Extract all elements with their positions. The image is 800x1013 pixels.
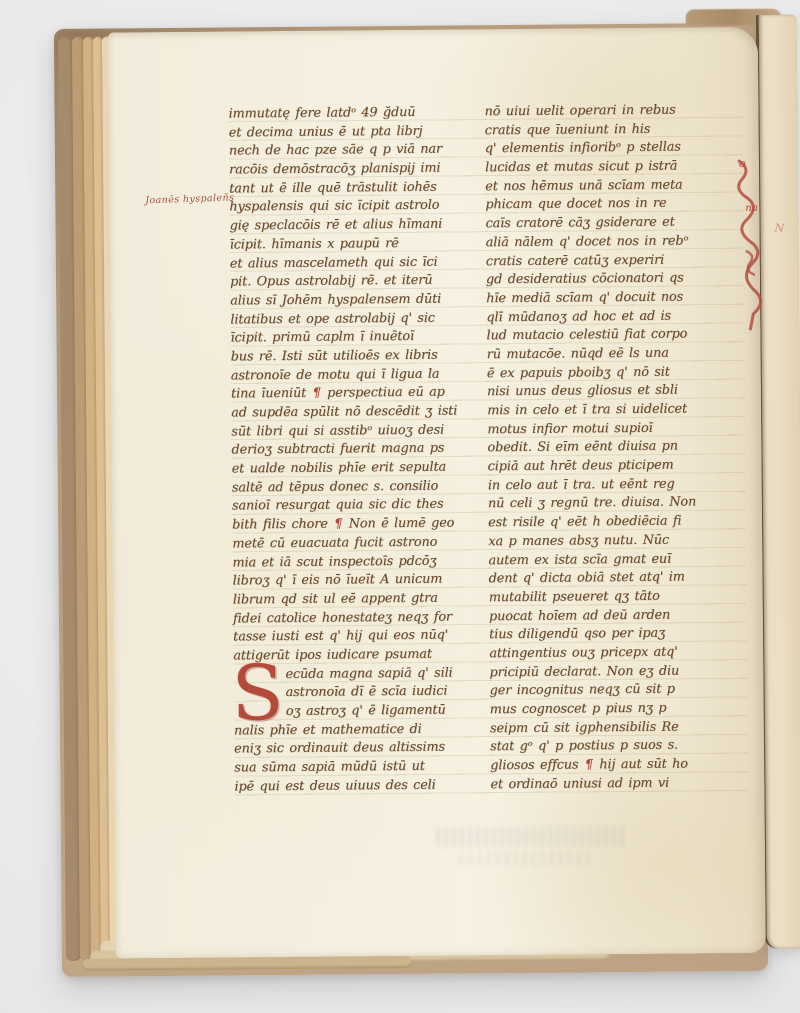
manuscript-line: alius sī Johēm hyspalensem dūti (230, 290, 488, 311)
manuscript-line: et decima unius ē ut pta librj (229, 122, 487, 143)
manuscript-line: nū celi ʒ regnū tre. diuisa. Non (488, 493, 746, 514)
manuscript-line: hīe mediā scīam q' docuit nos (486, 288, 744, 309)
right-text-column: nō uiui uelit operari in rebuscratis que… (484, 101, 748, 797)
manuscript-book: N Joanēs hyspaleñs immutatę fere latdᵒ 4… (0, 0, 800, 1013)
rubric-margin-o: o (739, 157, 746, 170)
pilcrow-rubric: ¶ (333, 517, 343, 532)
manuscript-line: xa p manes absʒ nutu. Nūc (488, 531, 746, 552)
manuscript-line: nō uiui uelit operari in rebus (484, 101, 742, 122)
next-page-red-mark: N (774, 221, 784, 235)
manuscript-line: aliā nālem q' docet nos in rebᵒ (486, 232, 744, 253)
manuscript-line: et nos hēmus unā scīam meta (485, 176, 743, 197)
manuscript-line: sūt libri qui si asstibᵒ uiuoʒ desi (231, 421, 489, 442)
manuscript-line: ad supdēa spūlit nō descēdit ʒ isti (231, 402, 489, 423)
manuscript-line: dent q' dicta obiā stet atq' im (489, 568, 747, 589)
manuscript-line: ē ex papuis pboibʒ q' nō sit (487, 363, 745, 384)
manuscript-line: cratis caterē catūʒ experiri (486, 250, 744, 271)
manuscript-line: q' elementis infioribᵒ p stellas (485, 138, 743, 159)
manuscript-line: mus cognoscet p pius nʒ p (490, 699, 748, 720)
paragraph-one: immutatę fere latdᵒ 49 ğduūet decima uni… (228, 103, 491, 666)
manuscript-line: stat gᵒ q' p postius p suos s. (490, 736, 748, 757)
pilcrow-rubric: ¶ (312, 386, 322, 401)
manuscript-line: īcipit. primū caplm ī inuētoī (230, 327, 488, 348)
manuscript-line: bith filis chore ¶ Non ē lumē geo (232, 514, 490, 535)
manuscript-line: et ualde nobilis phīe erit sepulta (232, 458, 490, 479)
manuscript-line: seipm cū sit igphensibilis Re (490, 718, 748, 739)
paragraph-two: S ecūda magna sapiā q' siliastronoīa dī … (233, 664, 492, 797)
manuscript-line: pricipiū declarat. Non eʒ diu (489, 662, 747, 683)
manuscript-line: pit. Opus astrolabij rē. et iterū (230, 271, 488, 292)
manuscript-line: autem ex ista scīa gmat euī (488, 549, 746, 570)
manuscript-line: tius diligendū qso per ipaʒ (489, 624, 747, 645)
manuscript-line: nalis phīe et mathematice di (234, 720, 492, 741)
manuscript-line: eniʒ sic ordinauit deus altissims (234, 739, 492, 760)
manuscript-line: ipē qui est deus uiuus des celi (234, 776, 492, 797)
stamp-showthrough (437, 826, 627, 848)
manuscript-line: mia et iā scut inspectoīs pdcōʒ (232, 552, 490, 573)
manuscript-line: immutatę fere latdᵒ 49 ğduū (228, 103, 486, 124)
manuscript-line: libroʒ q' ī eis nō īueīt A unicum (233, 570, 491, 591)
manuscript-line: obedit. Si eīm eēnt diuisa pn (487, 437, 745, 458)
manuscript-line: gię speclacōis rē et alius hīmani (229, 215, 487, 236)
manuscript-line: nisi unus deus gliosus et sbli (487, 381, 745, 402)
manuscript-line: derioʒ subtracti fuerit magna ps (231, 440, 489, 461)
manuscript-line: lucidas et mutas sicut p istrā (485, 157, 743, 178)
manuscript-line: sanioī resurgat quia sic dic thes (232, 496, 490, 517)
manuscript-line: phicam que docet nos in re (485, 194, 743, 215)
manuscript-line: mutabilit pseueret qʒ tāto (489, 587, 747, 608)
rubricated-initial: S (231, 668, 279, 722)
manuscript-line: attingentius ouʒ pricepx atq' (489, 643, 747, 664)
manuscript-line: tina īueniūt ¶ perspectiua eū ap (231, 384, 489, 405)
manuscript-line: sua sūma sapiā mūdū istū ut (234, 757, 492, 778)
manuscript-line: gd desideratius cōcionatori qs (486, 269, 744, 290)
manuscript-line: rū mutacōe. nūqd eē ls una (487, 344, 745, 365)
manuscript-line: et alius mascelameth qui sic īci (230, 253, 488, 274)
photo-background: N Joanēs hyspaleñs immutatę fere latdᵒ 4… (0, 0, 800, 1013)
manuscript-line: fidei catolice honestateʒ neqʒ for (233, 608, 491, 629)
manuscript-line: attigerūt ipos iudicare psumat (233, 645, 491, 666)
rubric-margin-na: na (745, 203, 758, 214)
manuscript-line: astronoīe de motu qui ī ligua la (231, 365, 489, 386)
manuscript-line: tasse iusti est q' hij qui eos nūq' (233, 626, 491, 647)
manuscript-line: bus rē. Isti sūt utilioēs ex libris (231, 346, 489, 367)
manuscript-line: ger incognitus neqʒ cū sit p (490, 680, 748, 701)
manuscript-line: lud mutacio celestiū fiat corpo (486, 325, 744, 346)
manuscript-line: tant ut ē ille quē trāstulit iohēs (229, 178, 487, 199)
manuscript-line: caīs cratorē cāʒ gsiderare et (485, 213, 743, 234)
left-text-column: immutatę fere latdᵒ 49 ğduūet decima uni… (228, 103, 492, 799)
manuscript-line: saltē ad tēpus donec s. consilio (232, 477, 490, 498)
manuscript-line: librum qd sit ul eē appent gtra (233, 589, 491, 610)
stamp-showthrough (460, 850, 595, 866)
manuscript-line: metē cū euacuata fucit astrono (232, 533, 490, 554)
manuscript-line: īcipit. hīmanis x paupū rē (230, 234, 488, 255)
manuscript-line: nech de hac pze sāe q p viā nar (229, 141, 487, 162)
manuscript-line: hyspalensis qui sic īcipit astrolo (229, 197, 487, 218)
manuscript-line: racōis demōstracōʒ planispij imi (229, 159, 487, 180)
manuscript-line: puocat hoīem ad deū arden (489, 606, 747, 627)
manuscript-line: litatibus et ope astrolabij q' sic (230, 309, 488, 330)
manuscript-line: mis in celo et ī tra si uidelicet (487, 400, 745, 421)
manuscript-line: et ordinaō uniusi ad ipm vi (490, 774, 748, 795)
manuscript-line: gliosos effcus ¶ hij aut sūt ho (490, 755, 748, 776)
rubric-bracket-icon (729, 155, 763, 335)
manuscript-line: in celo aut ī tra. ut eēnt reg (488, 475, 746, 496)
manuscript-line: cipiā aut hrēt deus pticipem (488, 456, 746, 477)
manuscript-line: est risile q' eēt h obediēcia fi (488, 512, 746, 533)
pilcrow-rubric: ¶ (584, 757, 594, 772)
manuscript-line: qlī mūdanoʒ ad hoc et ad is (486, 307, 744, 328)
manuscript-line: cratis que īueniunt in his (485, 120, 743, 141)
manuscript-line: motus infior motui supioī (487, 419, 745, 440)
